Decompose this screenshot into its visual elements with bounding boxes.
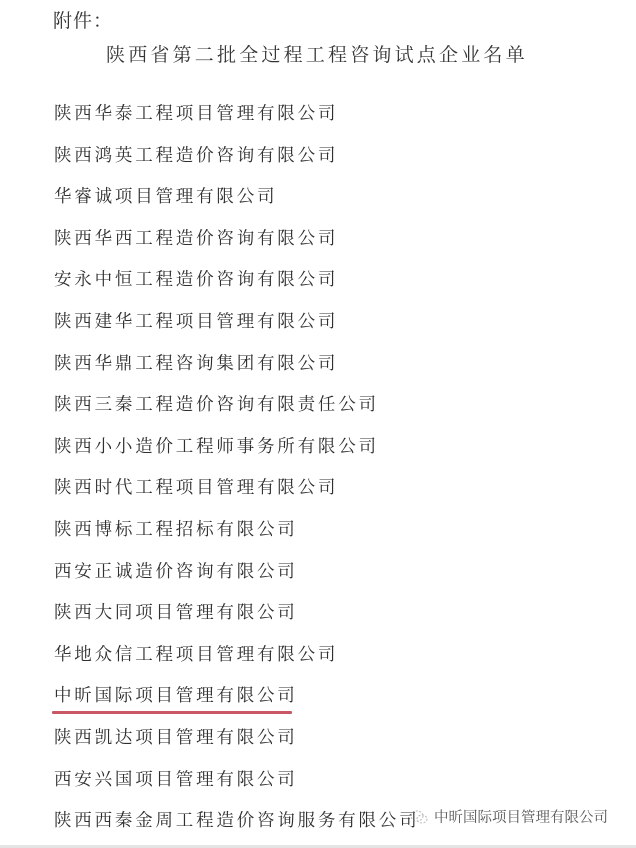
company-name: 西安正诚造价咨询有限公司 — [54, 562, 298, 582]
company-name: 陕西华鼎工程咨询集团有限公司 — [54, 354, 338, 374]
company-name: 陕西西秦金周工程造价咨询服务有限公司 — [54, 811, 419, 831]
company-item: 陕西三秦工程造价咨询有限责任公司 — [54, 391, 419, 433]
company-item: 华睿诚项目管理有限公司 — [54, 183, 419, 225]
company-item: 陕西建华工程项目管理有限公司 — [54, 308, 419, 350]
company-name: 陕西三秦工程造价咨询有限责任公司 — [54, 395, 379, 415]
company-name: 陕西华泰工程项目管理有限公司 — [54, 104, 338, 124]
company-name: 陕西时代工程项目管理有限公司 — [54, 478, 338, 498]
watermark: 中昕国际项目管理有限公司 — [410, 806, 608, 827]
company-name: 陕西鸿英工程造价咨询有限公司 — [54, 146, 338, 166]
company-item: 陕西西秦金周工程造价咨询服务有限公司 — [54, 807, 419, 848]
company-item: 陕西大同项目管理有限公司 — [54, 599, 419, 641]
company-item: 安永中恒工程造价咨询有限公司 — [54, 266, 419, 308]
company-name: 陕西建华工程项目管理有限公司 — [54, 312, 338, 332]
company-item: 陕西华泰工程项目管理有限公司 — [54, 100, 419, 142]
red-underline — [52, 711, 292, 714]
company-item: 陕西小小造价工程师事务所有限公司 — [54, 433, 419, 475]
company-list: 陕西华泰工程项目管理有限公司 陕西鸿英工程造价咨询有限公司 华睿诚项目管理有限公… — [54, 100, 419, 848]
company-name: 华地众信工程项目管理有限公司 — [54, 645, 338, 665]
company-item: 陕西华西工程造价咨询有限公司 — [54, 225, 419, 267]
company-name: 陕西凯达项目管理有限公司 — [54, 728, 298, 748]
wechat-icon — [410, 808, 428, 826]
company-name: 陕西博标工程招标有限公司 — [54, 520, 298, 540]
document-title: 陕西省第二批全过程工程咨询试点企业名单 — [106, 40, 528, 67]
company-name: 陕西华西工程造价咨询有限公司 — [54, 229, 338, 249]
watermark-text: 中昕国际项目管理有限公司 — [434, 806, 608, 827]
company-item-highlighted: 中昕国际项目管理有限公司 — [54, 682, 419, 724]
company-item: 陕西鸿英工程造价咨询有限公司 — [54, 142, 419, 184]
company-item: 西安兴国项目管理有限公司 — [54, 766, 419, 808]
company-name: 西安兴国项目管理有限公司 — [54, 770, 298, 790]
company-item: 西安正诚造价咨询有限公司 — [54, 558, 419, 600]
company-name: 华睿诚项目管理有限公司 — [54, 187, 277, 207]
company-name: 陕西大同项目管理有限公司 — [54, 603, 298, 623]
company-name: 中昕国际项目管理有限公司 — [54, 686, 298, 706]
company-item: 陕西博标工程招标有限公司 — [54, 516, 419, 558]
company-name: 安永中恒工程造价咨询有限公司 — [54, 270, 338, 290]
company-item: 陕西凯达项目管理有限公司 — [54, 724, 419, 766]
company-item: 华地众信工程项目管理有限公司 — [54, 641, 419, 683]
attachment-label: 附件： — [53, 6, 113, 33]
company-item: 陕西时代工程项目管理有限公司 — [54, 474, 419, 516]
company-item: 陕西华鼎工程咨询集团有限公司 — [54, 350, 419, 392]
company-name: 陕西小小造价工程师事务所有限公司 — [54, 437, 379, 457]
